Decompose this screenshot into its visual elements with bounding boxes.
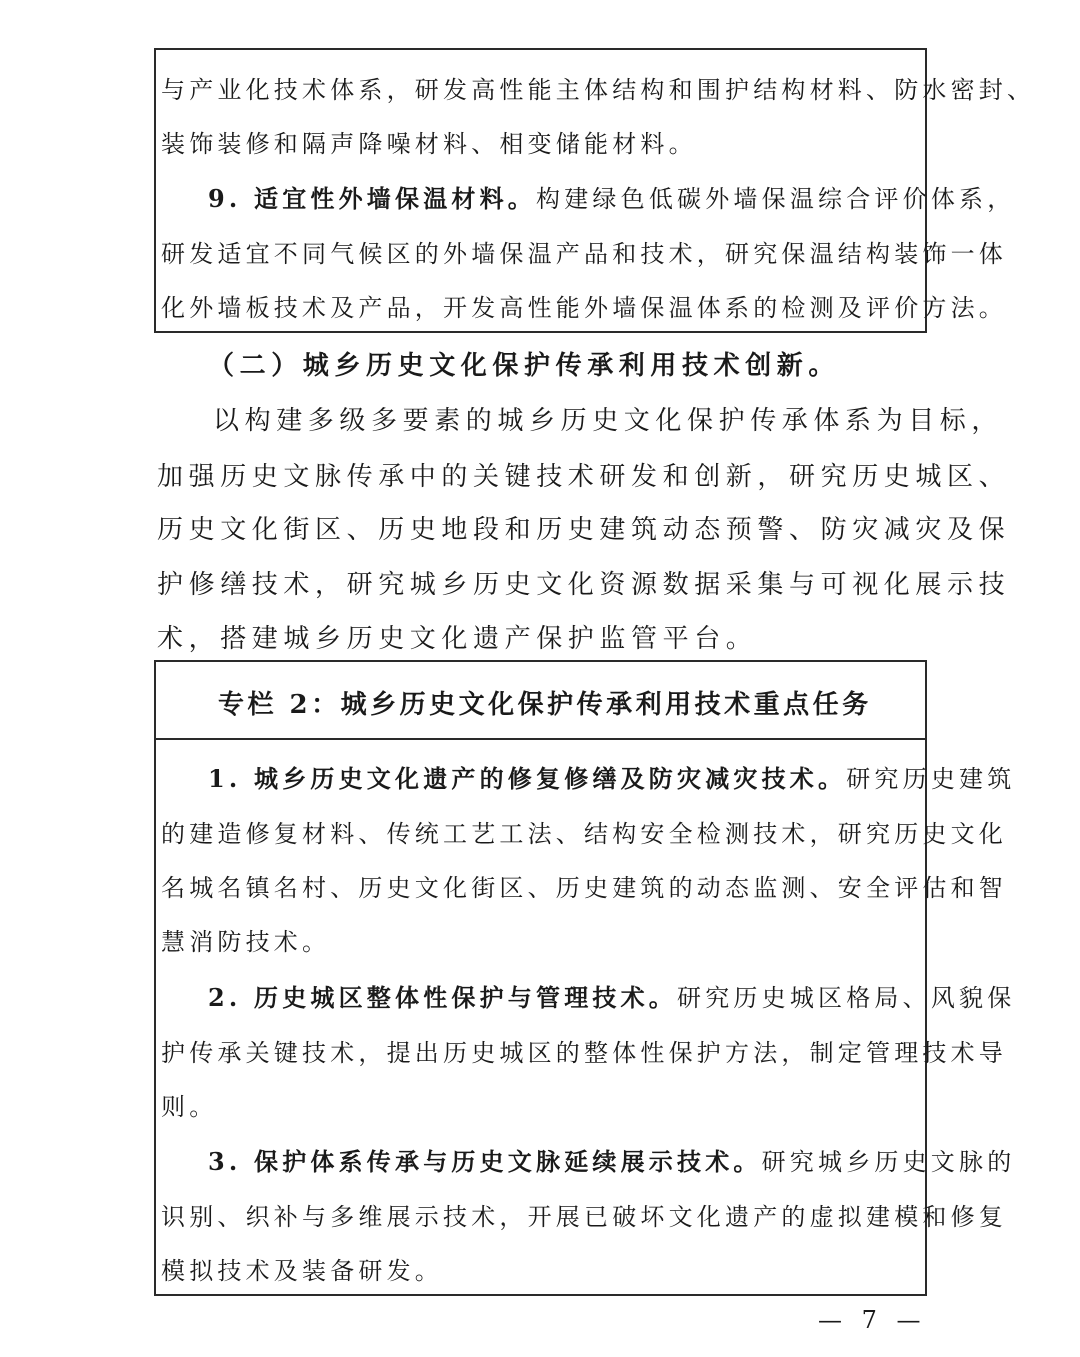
- column-box-2: [154, 660, 927, 1296]
- section-line: 术，搭建城乡历史文化遗产保护监管平台。: [157, 624, 757, 654]
- box2-item-1: 1. 城乡历史文化遗产的修复修缮及防灾减灾技术。研究历史建筑: [208, 765, 1015, 793]
- box1-line: 化外墙板技术及产品，开发高性能外墙保温体系的检测及评价方法。: [161, 294, 1007, 322]
- item9-title: 9. 适宜性外墙保温材料。: [208, 184, 536, 213]
- item9-text: 构建绿色低碳外墙保温综合评价体系，: [536, 185, 1015, 213]
- item-title: 2. 历史城区整体性保护与管理技术。: [208, 983, 677, 1012]
- box1-item9: 9. 适宜性外墙保温材料。构建绿色低碳外墙保温综合评价体系，: [208, 185, 1015, 213]
- box2-item-2: 2. 历史城区整体性保护与管理技术。研究历史城区格局、风貌保: [208, 984, 1015, 1012]
- box1-line: 装饰装修和隔声降噪材料、相变储能材料。: [161, 130, 697, 158]
- section-line: 护修缮技术，研究城乡历史文化资源数据采集与可视化展示技: [157, 570, 1010, 600]
- box1-line: 与产业化技术体系，研发高性能主体结构和围护结构材料、防水密封、: [161, 76, 1035, 104]
- box1-line: 研发适宜不同气候区的外墙保温产品和技术，研究保温结构装饰一体: [161, 240, 1007, 268]
- box2-line: 识别、织补与多维展示技术，开展已破坏文化遗产的虚拟建模和修复: [161, 1203, 1007, 1231]
- section-line: 历史文化街区、历史地段和历史建筑动态预警、防灾减灾及保: [157, 515, 1010, 545]
- item-text: 研究城乡历史文脉的: [762, 1148, 1016, 1176]
- box2-item-3: 3. 保护体系传承与历史文脉延续展示技术。研究城乡历史文脉的: [208, 1148, 1015, 1176]
- page-number: — 7 —: [818, 1306, 927, 1334]
- item-text: 研究历史建筑: [846, 765, 1015, 793]
- box2-line: 则。: [161, 1093, 217, 1121]
- box2-header-divider: [154, 738, 927, 740]
- box2-header: 专栏 2：城乡历史文化保护传承利用技术重点任务: [218, 684, 872, 721]
- section-heading: （二）城乡历史文化保护传承利用技术创新。: [208, 351, 840, 381]
- box2-line: 护传承关键技术，提出历史城区的整体性保护方法，制定管理技术导: [161, 1039, 1007, 1067]
- item-title: 1. 城乡历史文化遗产的修复修缮及防灾减灾技术。: [208, 764, 846, 793]
- box2-line: 慧消防技术。: [161, 928, 330, 956]
- item-text: 研究历史城区格局、风貌保: [677, 984, 1015, 1012]
- box2-line: 模拟技术及装备研发。: [161, 1257, 443, 1285]
- box2-line: 的建造修复材料、传统工艺工法、结构安全检测技术，研究历史文化: [161, 820, 1007, 848]
- section-line: 以构建多级多要素的城乡历史文化保护传承体系为目标，: [213, 406, 1003, 436]
- section-line: 加强历史文脉传承中的关键技术研发和创新，研究历史城区、: [157, 462, 1010, 492]
- box2-line: 名城名镇名村、历史文化街区、历史建筑的动态监测、安全评估和智: [161, 874, 1007, 902]
- item-title: 3. 保护体系传承与历史文脉延续展示技术。: [208, 1147, 762, 1176]
